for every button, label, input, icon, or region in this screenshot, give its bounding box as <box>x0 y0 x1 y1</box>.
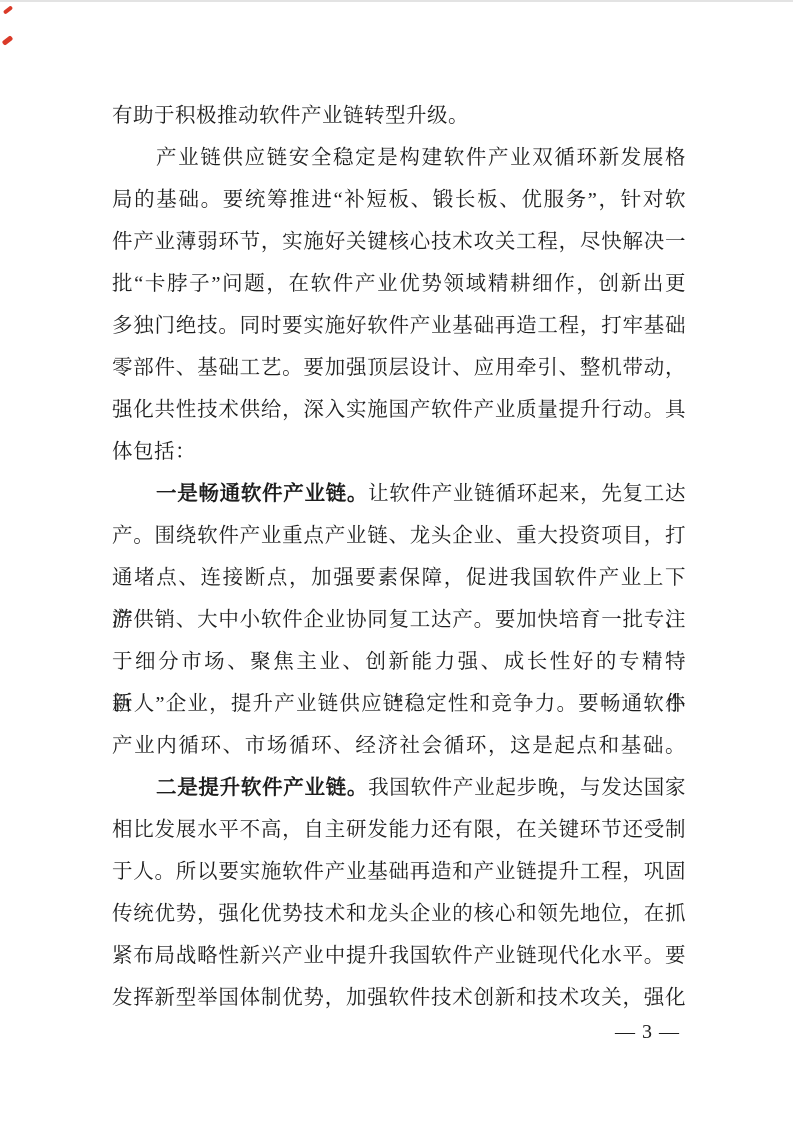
page-number: — 3 — <box>615 1016 680 1048</box>
text-segment: 产业链供应链安全稳定是构建软件产业双循环新发展格 <box>156 147 686 169</box>
text-segment: 局的基础。要统筹推进“补短板、锻长板、优服务”，针对软 <box>112 189 686 211</box>
text-line: 局的基础。要统筹推进“补短板、锻长板、优服务”，针对软 <box>112 179 686 221</box>
document-page: 有助于积极推动软件产业链转型升级。产业链供应链安全稳定是构建软件产业双循环新发展… <box>0 0 793 1122</box>
text-line: 有助于积极推动软件产业链转型升级。 <box>112 95 686 137</box>
text-line: 传统优势，强化优势技术和龙头企业的核心和领先地位，在抓 <box>112 893 686 935</box>
scan-edge-artifact <box>0 0 793 2</box>
text-line: 紧布局战略性新兴产业中提升我国软件产业链现代化水平。要 <box>112 935 686 977</box>
text-segment: 体包括： <box>112 441 196 463</box>
text-line: 零部件、基础工艺。要加强顶层设计、应用牵引、整机带动， <box>112 347 686 389</box>
text-line: 产业链供应链安全稳定是构建软件产业双循环新发展格 <box>112 137 686 179</box>
text-line: 巨人”企业，提升产业链供应链稳定性和竞争力。要畅通软件 <box>112 683 686 725</box>
text-line: 相比发展水平不高，自主研发能力还有限，在关键环节还受制 <box>112 809 686 851</box>
text-segment: 批“卡脖子”问题，在软件产业优势领域精耕细作，创新出更 <box>112 273 686 295</box>
text-segment: 巨人”企业，提升产业链供应链稳定性和竞争力。要畅通软件 <box>112 693 686 715</box>
text-segment: 产供销、大中小软件企业协同复工达产。要加快培育一批专注 <box>112 609 686 631</box>
text-line: 一是畅通软件产业链。让软件产业链循环起来，先复工达 <box>112 473 686 515</box>
text-segment: 件产业薄弱环节，实施好关键核心技术攻关工程，尽快解决一 <box>112 231 686 253</box>
text-segment: 产。围绕软件产业重点产业链、龙头企业、重大投资项目，打 <box>112 525 686 547</box>
text-line: 批“卡脖子”问题，在软件产业优势领域精耕细作，创新出更 <box>112 263 686 305</box>
text-line: 二是提升软件产业链。我国软件产业起步晚，与发达国家 <box>112 767 686 809</box>
text-line: 强化共性技术供给，深入实施国产软件产业质量提升行动。具 <box>112 389 686 431</box>
text-segment: 传统优势，强化优势技术和龙头企业的核心和领先地位，在抓 <box>112 903 686 925</box>
text-segment: 相比发展水平不高，自主研发能力还有限，在关键环节还受制 <box>112 819 686 841</box>
red-margin-mark <box>3 5 13 14</box>
text-line: 产。围绕软件产业重点产业链、龙头企业、重大投资项目，打 <box>112 515 686 557</box>
text-line: 通堵点、连接断点，加强要素保障，促进我国软件产业上下游、 <box>112 557 686 599</box>
text-line: 件产业薄弱环节，实施好关键核心技术攻关工程，尽快解决一 <box>112 221 686 263</box>
document-body: 有助于积极推动软件产业链转型升级。产业链供应链安全稳定是构建软件产业双循环新发展… <box>112 95 686 1019</box>
text-line: 发挥新型举国体制优势，加强软件技术创新和技术攻关，强化 <box>112 977 686 1019</box>
text-line: 于人。所以要实施软件产业基础再造和产业链提升工程，巩固 <box>112 851 686 893</box>
text-segment: 多独门绝技。同时要实施好软件产业基础再造工程，打牢基础 <box>112 315 686 337</box>
text-line: 于细分市场、聚焦主业、创新能力强、成长性好的专精特新“小 <box>112 641 686 683</box>
text-segment: 产业内循环、市场循环、经济社会循环，这是起点和基础。 <box>112 735 686 757</box>
text-segment: 强化共性技术供给，深入实施国产软件产业质量提升行动。具 <box>112 399 686 421</box>
paragraph-bold-lead: 一是畅通软件产业链。 <box>156 482 368 505</box>
paragraph-bold-lead: 二是提升软件产业链。 <box>156 776 368 799</box>
text-line: 体包括： <box>112 431 686 473</box>
text-line: 多独门绝技。同时要实施好软件产业基础再造工程，打牢基础 <box>112 305 686 347</box>
red-margin-mark <box>2 35 14 46</box>
text-line: 产供销、大中小软件企业协同复工达产。要加快培育一批专注 <box>112 599 686 641</box>
text-segment: 我国软件产业起步晚，与发达国家 <box>368 777 686 799</box>
text-line: 产业内循环、市场循环、经济社会循环，这是起点和基础。 <box>112 725 686 767</box>
text-segment: 发挥新型举国体制优势，加强软件技术创新和技术攻关，强化 <box>112 987 686 1009</box>
text-segment: 有助于积极推动软件产业链转型升级。 <box>112 105 469 127</box>
text-segment: 让软件产业链循环起来，先复工达 <box>368 483 686 505</box>
text-segment: 紧布局战略性新兴产业中提升我国软件产业链现代化水平。要 <box>112 945 686 967</box>
text-segment: 于人。所以要实施软件产业基础再造和产业链提升工程，巩固 <box>112 861 686 883</box>
text-segment: 零部件、基础工艺。要加强顶层设计、应用牵引、整机带动， <box>112 357 686 379</box>
